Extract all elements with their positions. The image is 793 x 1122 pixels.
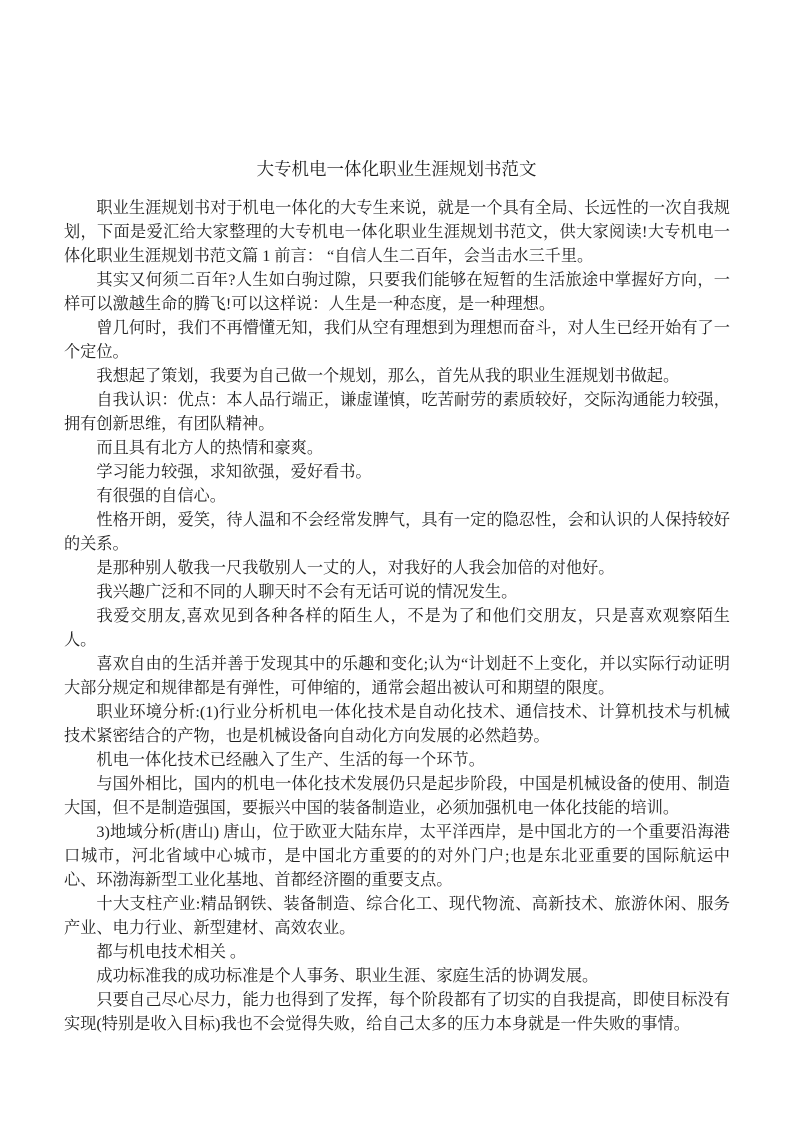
paragraph: 十大支柱产业:精品钢铁、装备制造、综合化工、现代物流、高新技术、旅游休闲、服务产… <box>64 892 730 940</box>
paragraph: 机电一体化技术已经融入了生产、生活的每一个环节。 <box>64 748 730 772</box>
paragraph: 性格开朗，爱笑，待人温和不会经常发脾气，具有一定的隐忍性，会和认识的人保持较好的… <box>64 508 730 556</box>
paragraph: 我爱交朋友,喜欢见到各种各样的陌生人，不是为了和他们交朋友，只是喜欢观察陌生人。 <box>64 604 730 652</box>
paragraph: 我想起了策划，我要为自己做一个规划，那么，首先从我的职业生涯规划书做起。 <box>64 364 730 388</box>
paragraph: 只要自己尽心尽力，能力也得到了发挥，每个阶段都有了切实的自我提高，即使目标没有实… <box>64 988 730 1036</box>
paragraph: 都与机电技术相关 。 <box>64 940 730 964</box>
document-body: 职业生涯规划书对于机电一体化的大专生来说，就是一个具有全局、长远性的一次自我规划… <box>64 196 730 1036</box>
paragraph: 是那种别人敬我一尺我敬别人一丈的人，对我好的人我会加倍的对他好。 <box>64 556 730 580</box>
paragraph: 职业环境分析:(1)行业分析机电一体化技术是自动化技术、通信技术、计算机技术与机… <box>64 700 730 748</box>
paragraph: 自我认识：优点：本人品行端正，谦虚谨慎，吃苦耐劳的素质较好，交际沟通能力较强，拥… <box>64 388 730 436</box>
document-page: 大专机电一体化职业生涯规划书范文 职业生涯规划书对于机电一体化的大专生来说，就是… <box>0 0 793 1122</box>
document-title: 大专机电一体化职业生涯规划书范文 <box>64 157 729 181</box>
paragraph: 而且具有北方人的热情和豪爽。 <box>64 436 730 460</box>
paragraph: 有很强的自信心。 <box>64 484 730 508</box>
paragraph: 职业生涯规划书对于机电一体化的大专生来说，就是一个具有全局、长远性的一次自我规划… <box>64 196 730 268</box>
paragraph: 喜欢自由的生活并善于发现其中的乐趣和变化;认为“计划赶不上变化，并以实际行动证明… <box>64 652 730 700</box>
paragraph: 学习能力较强，求知欲强，爱好看书。 <box>64 460 730 484</box>
paragraph: 3)地域分析(唐山) 唐山，位于欧亚大陆东岸，太平洋西岸，是中国北方的一个重要沿… <box>64 820 730 892</box>
paragraph: 成功标准我的成功标准是个人事务、职业生涯、家庭生活的协调发展。 <box>64 964 730 988</box>
paragraph: 其实又何须二百年?人生如白驹过隙，只要我们能够在短暂的生活旅途中掌握好方向，一样… <box>64 268 730 316</box>
paragraph: 与国外相比，国内的机电一体化技术发展仍只是起步阶段，中国是机械设备的使用、制造大… <box>64 772 730 820</box>
paragraph: 我兴趣广泛和不同的人聊天时不会有无话可说的情况发生。 <box>64 580 730 604</box>
paragraph: 曾几何时，我们不再懵懂无知，我们从空有理想到为理想而奋斗，对人生已经开始有了一个… <box>64 316 730 364</box>
